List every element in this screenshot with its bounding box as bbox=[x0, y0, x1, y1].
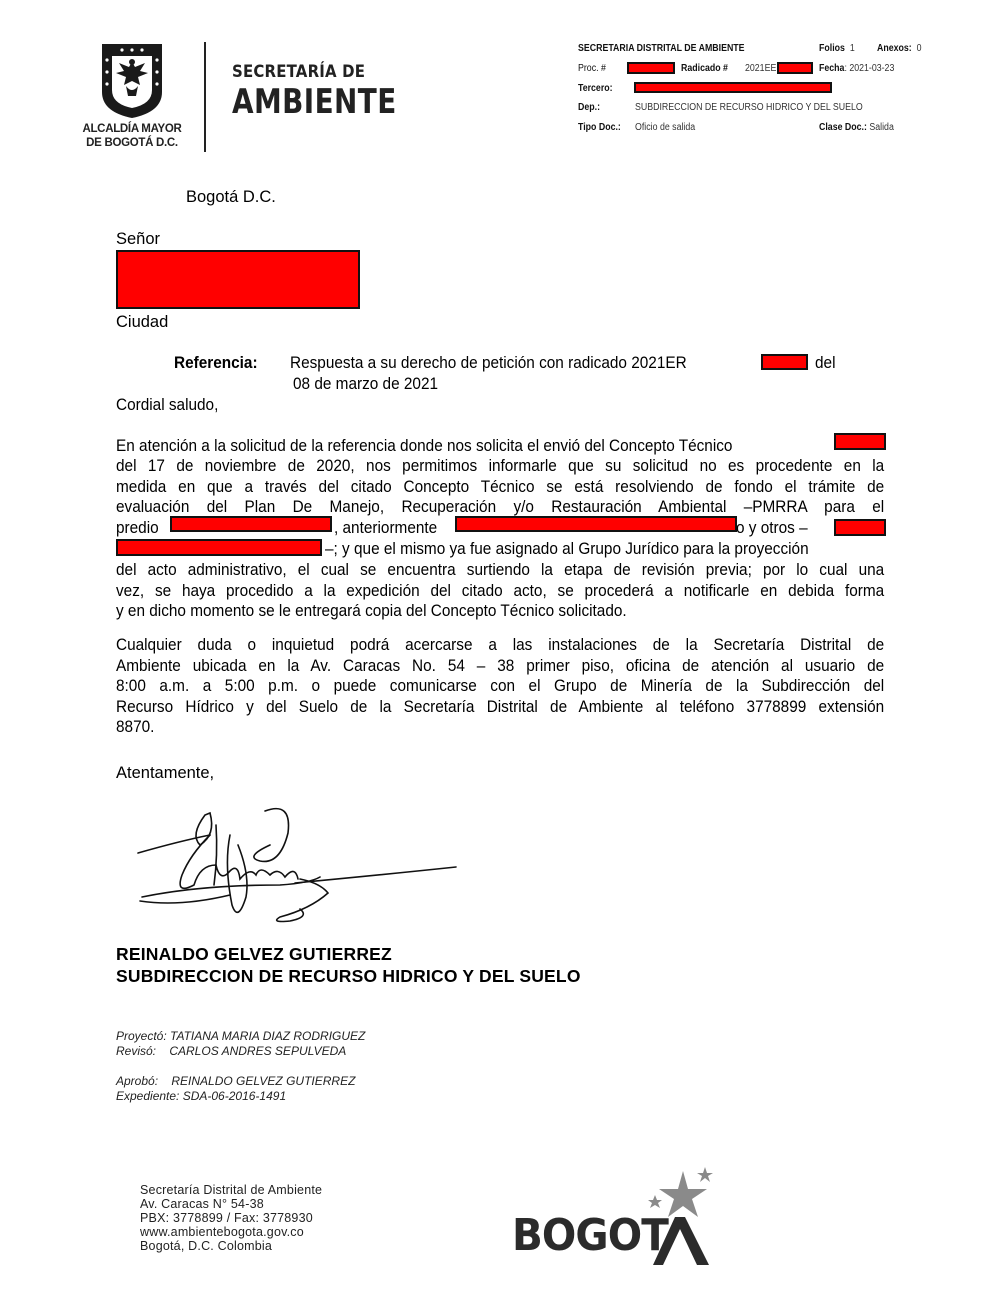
secretaria-logo-line2: AMBIENTE bbox=[232, 82, 397, 122]
p1-anteriormente: , anteriormente bbox=[334, 518, 437, 539]
reference-label: Referencia: bbox=[174, 353, 264, 374]
p1-line2: del 17 de noviembre de 2020, nos permiti… bbox=[116, 456, 884, 477]
redaction-anteriormente bbox=[455, 516, 737, 532]
secretaria-logo-line1: SECRETARÍA DE bbox=[232, 62, 365, 82]
p1-line8: vez, se haya procedido a la expedición d… bbox=[116, 581, 884, 602]
proc-label: Proc. # bbox=[578, 63, 606, 74]
redaction-radicado bbox=[777, 62, 813, 74]
reference-line1: Respuesta a su derecho de petición con r… bbox=[290, 353, 687, 374]
redaction-concepto bbox=[834, 433, 886, 450]
redaction-tercero bbox=[634, 82, 832, 93]
logo-divider bbox=[204, 42, 206, 152]
redaction-reference-radicado bbox=[761, 354, 808, 370]
reviso-line: Revisó: CARLOS ANDRES SEPULVEDA bbox=[116, 1044, 346, 1059]
signer-name: REINALDO GELVEZ GUTIERREZ bbox=[116, 944, 392, 965]
city-line: Bogotá D.C. bbox=[186, 187, 276, 208]
reference-line2: 08 de marzo de 2021 bbox=[293, 374, 438, 395]
p2-line4: Recurso Hídrico y del Suelo de la Secret… bbox=[116, 697, 884, 718]
tipo-doc-value: Oficio de salida bbox=[635, 122, 695, 133]
folios-field: Folios 1 bbox=[819, 43, 855, 54]
p1-line3: medida en que a través del citado Concep… bbox=[116, 477, 884, 498]
p1-line1: En atención a la solicitud de la referen… bbox=[116, 436, 732, 457]
salutation-to: Señor bbox=[116, 229, 160, 250]
alcaldia-line2: DE BOGOTÁ D.C. bbox=[76, 136, 188, 150]
redaction-proc bbox=[627, 62, 675, 74]
fecha-field: Fecha: 2021-03-23 bbox=[819, 63, 894, 74]
clase-doc-field: Clase Doc.: Salida bbox=[819, 122, 894, 133]
footer-line-2: Av. Caracas N° 54-38 bbox=[140, 1197, 322, 1211]
greeting: Cordial saludo, bbox=[116, 395, 218, 416]
closing: Atentamente, bbox=[116, 763, 214, 784]
paragraph-1-end: del acto administrativo, el cual se encu… bbox=[116, 560, 884, 622]
redaction-predio bbox=[170, 516, 332, 532]
dep-value: SUBDIRECCION DE RECURSO HIDRICO Y DEL SU… bbox=[635, 102, 863, 113]
expediente-line: Expediente: SDA-06-2016-1491 bbox=[116, 1089, 286, 1104]
p1-line4: evaluación del Plan De Manejo, Recuperac… bbox=[116, 497, 884, 518]
aprobo-line: Aprobó: REINALDO GELVEZ GUTIERREZ bbox=[116, 1074, 355, 1089]
ciudad-line: Ciudad bbox=[116, 312, 168, 333]
p1-predio: predio bbox=[116, 518, 159, 539]
footer-address: Secretaría Distrital de Ambiente Av. Car… bbox=[140, 1183, 322, 1253]
bogota-coat-of-arms-icon bbox=[100, 42, 164, 120]
p1-line9: y en dicho momento se le entregará copia… bbox=[116, 601, 830, 622]
redaction-otros-1 bbox=[834, 519, 886, 536]
footer-line-4[interactable]: www.ambientebogota.gov.co bbox=[140, 1225, 322, 1239]
footer-line-3: PBX: 3778899 / Fax: 3778930 bbox=[140, 1211, 322, 1225]
paragraph-2: Cualquier duda o inquietud podrá acercar… bbox=[116, 635, 884, 738]
radicado-label: Radicado # bbox=[681, 63, 728, 74]
bogota-logo-star-icon bbox=[645, 1165, 715, 1270]
paragraph-1: del 17 de noviembre de 2020, nos permiti… bbox=[116, 456, 884, 518]
alcaldia-line1: ALCALDÍA MAYOR bbox=[76, 122, 188, 136]
p2-line5: 8870. bbox=[116, 717, 830, 738]
p2-line3: 8:00 a.m. a 5:00 p.m. o puede comunicars… bbox=[116, 676, 884, 697]
proyecto-line: Proyectó: TATIANA MARIA DIAZ RODRIGUEZ bbox=[116, 1029, 365, 1044]
reference-del: del bbox=[815, 353, 835, 374]
footer-line-1: Secretaría Distrital de Ambiente bbox=[140, 1183, 322, 1197]
p2-line2: Ambiente ubicada en la Av. Caracas No. 5… bbox=[116, 656, 884, 677]
tipo-doc-label: Tipo Doc.: bbox=[578, 122, 621, 133]
signature-image bbox=[120, 805, 470, 935]
anexos-field: Anexos: 0 bbox=[877, 43, 922, 54]
footer-line-5: Bogotá, D.C. Colombia bbox=[140, 1239, 322, 1253]
dep-label: Dep.: bbox=[578, 102, 600, 113]
radicado-prefix: 2021EE bbox=[745, 63, 776, 74]
p1-line6: –; y que el mismo ya fue asignado al Gru… bbox=[325, 539, 809, 560]
redaction-otros-2 bbox=[116, 539, 322, 556]
p1-line7: del acto administrativo, el cual se encu… bbox=[116, 560, 884, 581]
header-entity: SECRETARIA DISTRITAL DE AMBIENTE bbox=[578, 43, 745, 54]
tercero-label: Tercero: bbox=[578, 83, 613, 94]
redaction-recipient bbox=[116, 250, 360, 309]
p2-line1: Cualquier duda o inquietud podrá acercar… bbox=[116, 635, 884, 656]
alcaldia-logo-text: ALCALDÍA MAYOR DE BOGOTÁ D.C. bbox=[76, 122, 188, 150]
p1-otros: o y otros – bbox=[736, 518, 808, 539]
signer-department: SUBDIRECCION DE RECURSO HIDRICO Y DEL SU… bbox=[116, 966, 581, 987]
